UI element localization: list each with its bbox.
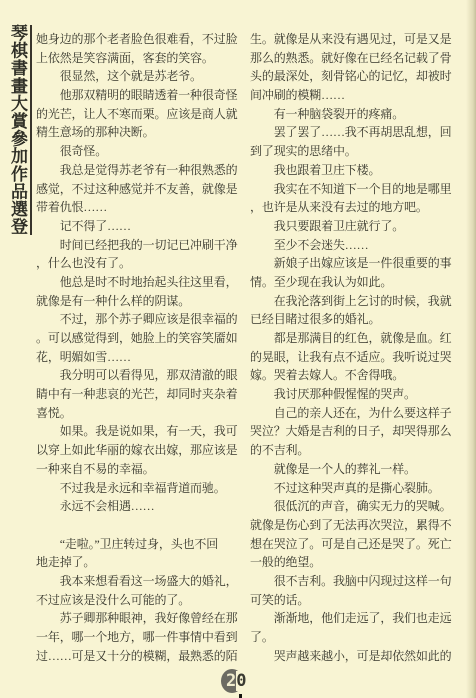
text-line: 不过这种哭声真的是撕心裂肺。 [250, 479, 458, 498]
text-line: 感觉，不过这种感觉并不友善，就像是 [36, 180, 240, 199]
text-column-right: 生。就像是从来没有遇见过，可是又是那么的熟悉。就好像在已经名记载了骨头的最深处，… [250, 30, 458, 665]
text-line: 情。至少现在我认为如此。 [250, 273, 458, 292]
text-line: 不过应该是没什么可能的了。 [36, 591, 240, 610]
text-line: 他总是时不时地抬起头往这里看， [36, 273, 240, 292]
text-line: 永远不会相遇…… [36, 497, 240, 516]
text-line: 自己的亲人还在，为什么要这样子 [250, 404, 458, 423]
page-edge-shading [466, 0, 476, 698]
text-line: 我总是觉得苏老爷有一种很熟悉的 [36, 161, 240, 180]
text-line: 至少不会迷失…… [250, 236, 458, 255]
text-line: 。可以感觉得到，她脸上的笑容笑靥如 [36, 329, 240, 348]
text-line: 很不吉利。我脑中闪现过这样一句 [250, 572, 458, 591]
text-line: 一年，哪一个地方，哪一件事情中看到 [36, 628, 240, 647]
text-line: 都是那满目的红色，就像是血。红 [250, 329, 458, 348]
text-line: 有一种脑袋裂开的疼痛。 [250, 105, 458, 124]
text-line: 已经目睹过很多的婚礼。 [250, 310, 458, 329]
text-line: 过……可是又十分的模糊，最熟悉的陌 [36, 647, 240, 666]
text-line: 的光芒，让人不寒而栗。应该是商人就 [36, 105, 240, 124]
page-bottom-tick-mark [239, 694, 242, 698]
text-line: 嫁。哭着去嫁人。不舍得哦。 [250, 366, 458, 385]
text-line: ，也许是从来没有去过的地方吧。 [250, 198, 458, 217]
text-line: 就像是有一种什么样的阴谋。 [36, 292, 240, 311]
text-line: 可笑的话。 [250, 591, 458, 610]
text-line: ，什么也没有了。 [36, 254, 240, 273]
text-line: 睛中有一种悲哀的光芒，却同时夹杂着 [36, 385, 240, 404]
text-line: 时间已经把我的一切记已冲刷干净 [36, 236, 240, 255]
text-line: 渐渐地，他们走远了，我们也走远 [250, 609, 458, 628]
text-line: 地走掉了。 [36, 553, 240, 572]
text-line: “走啦。”卫庄转过身，头也不回 [36, 535, 240, 554]
text-line: 花，明媚如雪…… [36, 348, 240, 367]
text-line: 喜悦。 [36, 404, 240, 423]
text-line: 他那双精明的眼睛透着一种很奇怪 [36, 86, 240, 105]
text-line: 上依然是笑容满面，客套的笑容。 [36, 49, 240, 68]
text-line: 的晃眼，让我有点不适应。我听说过哭 [250, 348, 458, 367]
text-line: 我实在不知道下一个目的地是哪里 [250, 180, 458, 199]
text-line: 一种来自不易的幸福。 [36, 460, 240, 479]
text-line: 很低沉的声音，确实无力的哭喊。 [250, 497, 458, 516]
page-number-ornament: 20 [221, 668, 255, 698]
text-line: 生。就像是从来没有遇见过，可是又是 [250, 30, 458, 49]
text-line: 很奇怪。 [36, 142, 240, 161]
text-line: 罢了罢了……我不再胡思乱想，回 [250, 123, 458, 142]
book-page: 琴棋書畫大賞參加作品選登 她身边的那个老者脸色很难看，不过脸上依然是笑容满面，客… [0, 0, 476, 698]
text-line: 哭声越来越小，可是却依然如此的 [250, 647, 458, 666]
text-line: 间冲刷的模糊…… [250, 86, 458, 105]
text-line: 我分明可以看得见，那双清澈的眼 [36, 366, 240, 385]
text-line: 我讨厌那种假惺惺的哭声。 [250, 385, 458, 404]
text-line: 哭泣？大婚是吉利的日子，却哭得那么 [250, 422, 458, 441]
text-line: 到了现实的思绪中。 [250, 142, 458, 161]
text-line: 我只要跟着卫庄就行了。 [250, 217, 458, 236]
text-line: 记不得了…… [36, 217, 240, 236]
text-line: 不过，那个苏子卿应该是很幸福的 [36, 310, 240, 329]
text-line: 想在哭泣了。可是自己还是哭了。死亡 [250, 535, 458, 554]
text-line: 不过我是永远和幸福背道而驰。 [36, 479, 240, 498]
text-line: 新娘子出嫁应该是一件很重要的事 [250, 254, 458, 273]
text-line: 就像是一个人的葬礼一样。 [250, 460, 458, 479]
page-number-digit-second: 0 [236, 671, 246, 691]
text-line: 我也跟着卫庄下楼。 [250, 161, 458, 180]
text-line: 的不吉利。 [250, 441, 458, 460]
text-line: 一般的绝望。 [250, 553, 458, 572]
text-line: 就像是伤心到了无法再次哭泣，累得不 [250, 516, 458, 535]
text-line: 在我沦落到街上乞讨的时候，我就 [250, 292, 458, 311]
text-line: 如果。我是说如果，有一天，我可 [36, 422, 240, 441]
text-line: 那么的熟悉。就好像在已经名记载了骨 [250, 49, 458, 68]
text-column-left: 她身边的那个老者脸色很难看，不过脸上依然是笑容满面，客套的笑容。 很显然，这个就… [36, 30, 240, 665]
page-number: 20 [226, 670, 247, 692]
text-line: 带着仇恨…… [36, 198, 240, 217]
text-line: 苏子卿那种眼神，我好像曾经在那 [36, 609, 240, 628]
page-number-digit-first: 2 [226, 671, 236, 691]
text-line: 头的最深处，刻骨铭心的记忆，却被时 [250, 67, 458, 86]
text-line: 精生意场的那种决断。 [36, 123, 240, 142]
chapter-title-vertical: 琴棋書畫大賞參加作品選登 [6, 24, 28, 238]
text-line: 以穿上如此华丽的嫁衣出嫁，那应该是 [36, 441, 240, 460]
title-divider-line [30, 25, 32, 235]
text-line: 了。 [250, 628, 458, 647]
text-line [36, 516, 240, 535]
text-line: 很显然，这个就是苏老爷。 [36, 67, 240, 86]
text-line: 她身边的那个老者脸色很难看，不过脸 [36, 30, 240, 49]
text-line: 我本来想看看这一场盛大的婚礼， [36, 572, 240, 591]
